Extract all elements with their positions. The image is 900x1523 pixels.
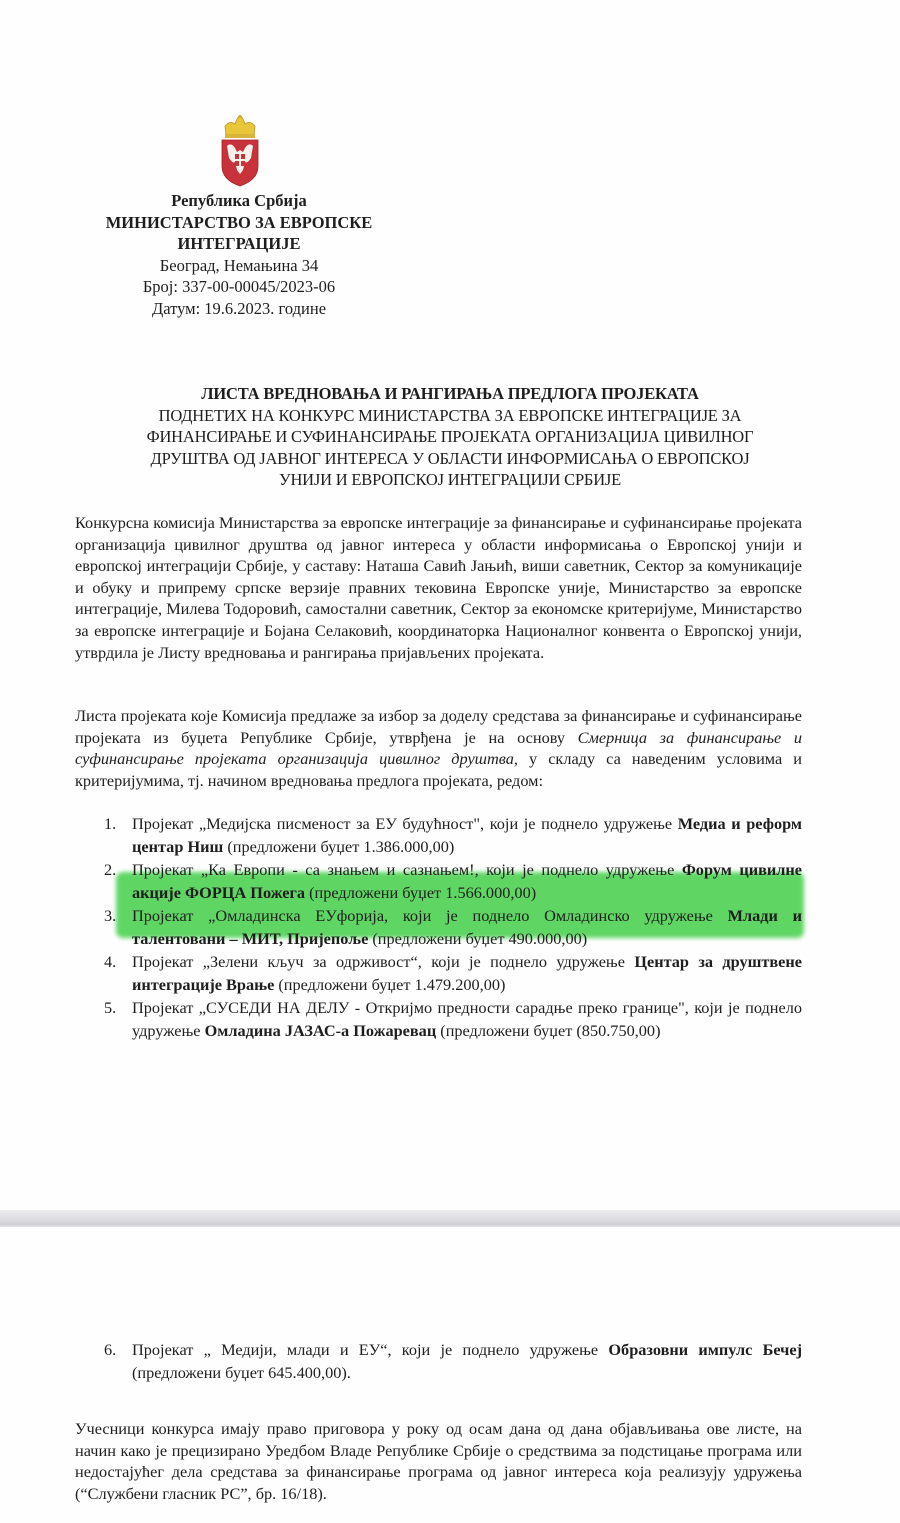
appeal-rights-paragraph: Учесници конкурса имају право приговора …	[75, 1418, 802, 1504]
country-name: Република Србија	[78, 190, 400, 212]
list-item: 2.Пројекат „Ка Европи - са знањем и сазн…	[100, 858, 802, 904]
item-number: 5.	[104, 996, 116, 1019]
letterhead: Република Србија МИНИСТАРСТВО ЗА ЕВРОПСК…	[78, 190, 400, 320]
document-number: Број: 337-00-00045/2023-06	[78, 276, 400, 298]
project-budget: (предложени буџет (850.750,00)	[436, 1021, 660, 1040]
page-separator	[0, 1210, 900, 1227]
project-list: 1.Пројекат „Медијска писменост за ЕУ буд…	[100, 812, 802, 1042]
item-number: 4.	[104, 950, 116, 973]
title-line-4: ДРУШТВА ОД ЈАВНОГ ИНТЕРЕСА У ОБЛАСТИ ИНФ…	[88, 448, 812, 470]
title-line-2: ПОДНЕТИХ НА КОНКУРС МИНИСТАРСТВА ЗА ЕВРО…	[88, 405, 812, 427]
title-line-1: ЛИСТА ВРЕДНОВАЊА И РАНГИРАЊА ПРЕДЛОГА ПР…	[88, 383, 812, 405]
item-number: 3.	[104, 904, 116, 927]
project-description: Пројекат „Ка Европи - са знањем и сазнањ…	[132, 860, 682, 879]
list-item: 3.Пројекат „Омладинска ЕУфорија, који је…	[100, 904, 802, 950]
project-budget: (предложени буџет 645.400,00).	[132, 1363, 351, 1382]
project-description: Пројекат „Медијска писменост за ЕУ будућ…	[132, 814, 678, 833]
list-intro-paragraph: Листа пројеката које Комисија предлаже з…	[75, 705, 802, 791]
title-line-3: ФИНАНСИРАЊЕ И СУФИНАНСИРАЊЕ ПРОЈЕКАТА ОР…	[88, 426, 812, 448]
project-budget: (предложени буџет 1.479.200,00)	[274, 975, 505, 994]
list-item: 4.Пројекат „Зелени кључ за одрживост“, к…	[100, 950, 802, 996]
serbia-coat-of-arms-icon	[217, 114, 263, 188]
item-number: 6.	[104, 1338, 116, 1361]
ministry-name-line2: ИНТЕГРАЦИЈЕ	[78, 233, 400, 255]
item-number: 1.	[104, 812, 116, 835]
project-list-continued: 6.Пројекат „ Медији, млади и ЕУ“, који ј…	[100, 1338, 802, 1384]
address: Београд, Немањина 34	[78, 255, 400, 277]
project-budget: (предложени буџет 490.000,00)	[368, 929, 587, 948]
list-item: 5.Пројекат „СУСЕДИ НА ДЕЛУ - Откријмо пр…	[100, 996, 802, 1042]
project-budget: (предложени буџет 1.566.000,00)	[305, 883, 536, 902]
document-title: ЛИСТА ВРЕДНОВАЊА И РАНГИРАЊА ПРЕДЛОГА ПР…	[88, 383, 812, 491]
project-budget: (предложени буџет 1.386.000,00)	[223, 837, 454, 856]
project-description: Пројекат „Зелени кључ за одрживост“, кој…	[132, 952, 634, 971]
project-description: Пројекат „ Медији, млади и ЕУ“, који је …	[132, 1340, 608, 1359]
document-date: Датум: 19.6.2023. године	[78, 298, 400, 320]
organization-name: Образовни импулс Бечеј	[608, 1340, 802, 1359]
list-item: 6.Пројекат „ Медији, млади и ЕУ“, који ј…	[100, 1338, 802, 1384]
list-item: 1.Пројекат „Медијска писменост за ЕУ буд…	[100, 812, 802, 858]
item-number: 2.	[104, 858, 116, 881]
organization-name: Омладина ЈАЗАС-а Пожаревац	[205, 1021, 437, 1040]
project-description: Пројекат „Омладинска ЕУфорија, који је п…	[132, 906, 728, 925]
title-line-5: УНИЈИ И ЕВРОПСКОЈ ИНТЕГРАЦИЈИ СРБИЈЕ	[88, 469, 812, 491]
ministry-name-line1: МИНИСТАРСТВО ЗА ЕВРОПСКЕ	[78, 212, 400, 234]
commission-paragraph: Конкурсна комисија Министарства за европ…	[75, 512, 802, 663]
